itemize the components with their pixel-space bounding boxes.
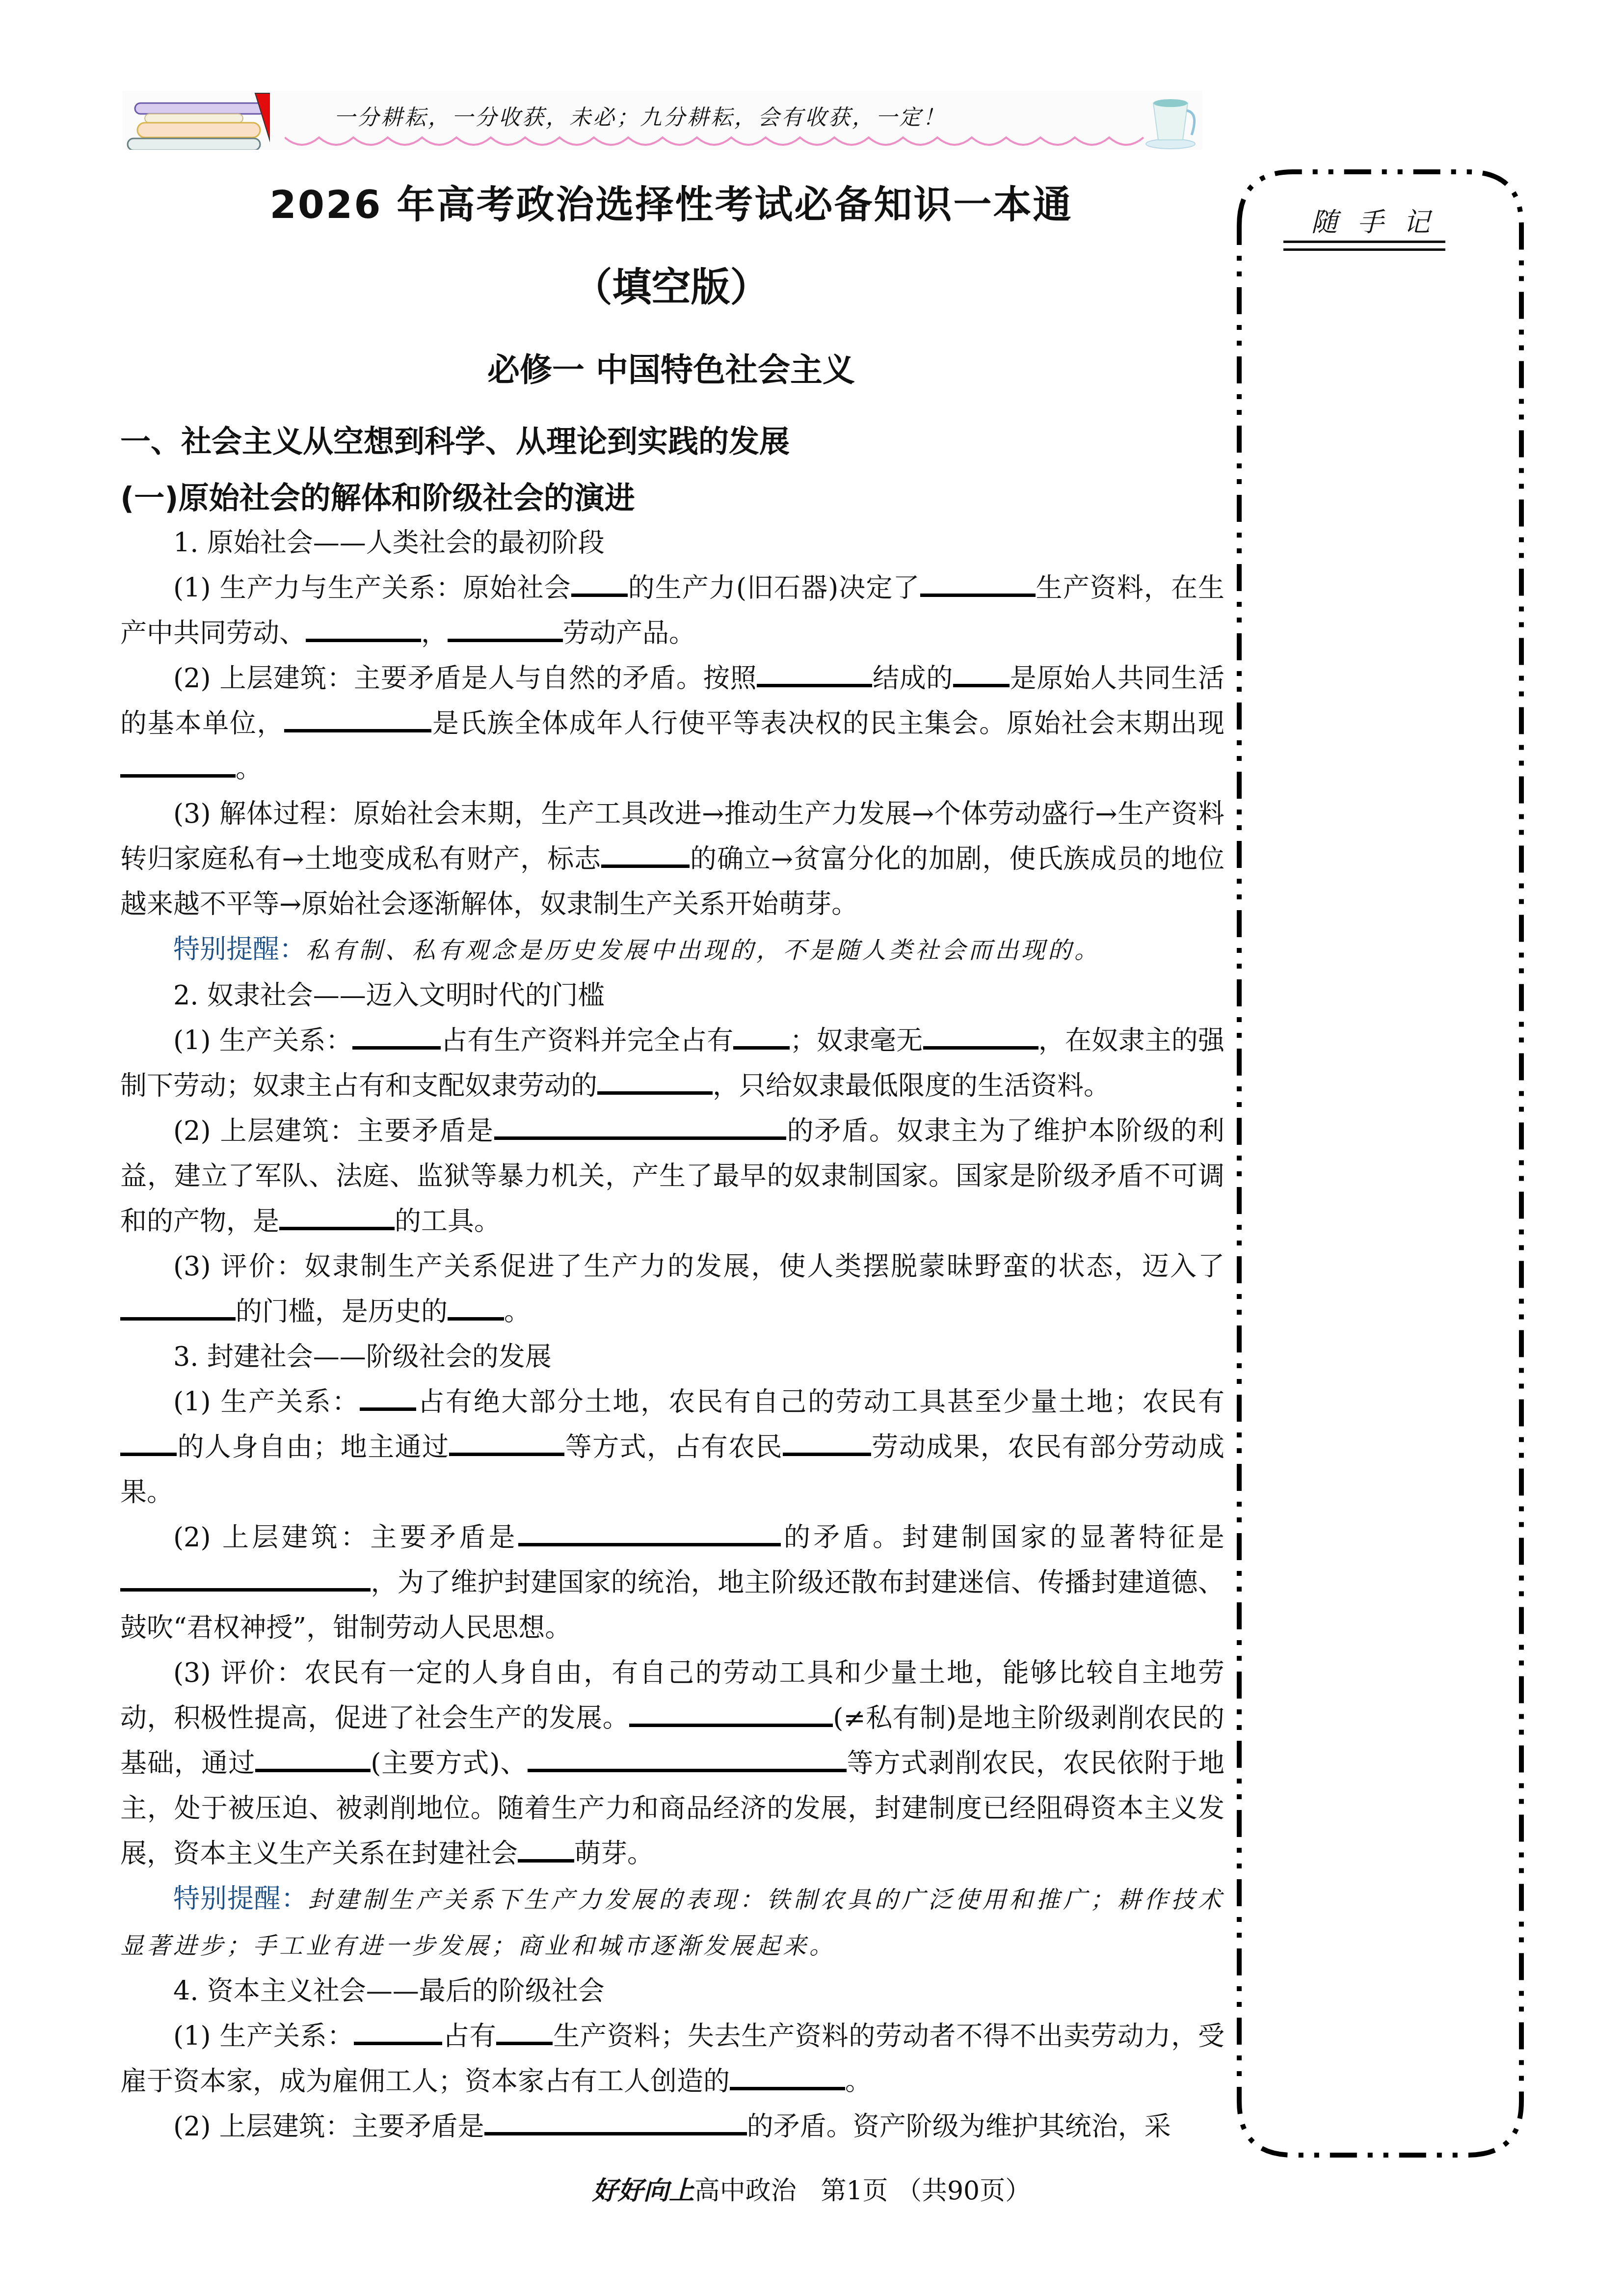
module-title: 必修一 中国特色社会主义 <box>120 344 1222 390</box>
special-reminder: 特别提醒：私有制、私有观念是历史发展中出现的，不是随人类社会而出现的。 <box>120 927 1224 973</box>
title-underline <box>1283 241 1445 243</box>
fill-blank[interactable] <box>518 1833 574 1863</box>
item-heading: 2. 奴隶社会——迈入文明时代的门槛 <box>120 973 1224 1018</box>
paragraph: (3) 评价：农民有一定的人身自由，有自己的劳动工具和少量土地，能够比较自主地劳… <box>120 1650 1224 1876</box>
fill-blank[interactable] <box>757 657 872 687</box>
decorative-wave <box>285 130 1148 150</box>
footer-subject: 高中政治 <box>694 2176 797 2206</box>
fill-blank[interactable] <box>279 1200 395 1230</box>
fill-blank[interactable] <box>120 748 236 778</box>
fill-blank[interactable] <box>448 612 563 642</box>
fill-blank[interactable] <box>354 2015 442 2045</box>
special-reminder: 特别提醒：封建制生产关系下生产力发展的表现：铁制农具的广泛使用和推广；耕作技术显… <box>120 1876 1224 1969</box>
fill-blank[interactable] <box>496 2015 553 2045</box>
fill-blank[interactable] <box>518 1516 781 1546</box>
fill-blank[interactable] <box>920 567 1036 597</box>
document-title: 2026 年高考政治选择性考试必备知识一本通 <box>120 174 1222 229</box>
document-body: 1. 原始社会——人类社会的最初阶段 (1) 生产力与生产关系：原始社会的生产力… <box>120 520 1224 2149</box>
page-number: 第1页 <box>821 2176 888 2206</box>
fill-blank[interactable] <box>284 702 431 732</box>
paragraph: (2) 上层建筑：主要矛盾是的矛盾。封建制国家的显著特征是，为了维护封建国家的统… <box>120 1515 1224 1650</box>
item-heading: 1. 原始社会——人类社会的最初阶段 <box>120 520 1224 566</box>
paragraph: (1) 生产关系：占有绝大部分土地，农民有自己的劳动工具甚至少量土地；农民有的人… <box>120 1379 1224 1515</box>
fill-blank[interactable] <box>120 1562 371 1592</box>
paragraph: (2) 上层建筑：主要矛盾是的矛盾。资产阶级为维护其统治，采 <box>120 2104 1224 2149</box>
fill-blank[interactable] <box>448 1291 504 1321</box>
subsection-heading: (一)原始社会的解体和阶级社会的演进 <box>120 474 635 517</box>
fill-blank[interactable] <box>953 657 1010 687</box>
paragraph: (3) 评价：奴隶制生产关系促进了生产力的发展，使人类摆脱蒙昧野蛮的状态，迈入了… <box>120 1244 1224 1334</box>
paragraph: (2) 上层建筑：主要矛盾是人与自然的矛盾。按照结成的是原始人共同生活的基本单位… <box>120 656 1224 791</box>
tea-cup-icon <box>1144 91 1202 150</box>
fill-blank[interactable] <box>484 2106 747 2135</box>
item-heading: 3. 封建社会——阶级社会的发展 <box>120 1334 1224 1379</box>
fill-blank[interactable] <box>449 1426 564 1456</box>
fill-blank[interactable] <box>733 1020 790 1050</box>
page-total: （共90页） <box>896 2176 1031 2206</box>
book-stack-icon <box>123 91 270 150</box>
notes-sidebar: 随手记 <box>1234 167 1526 2160</box>
fill-blank[interactable] <box>360 1381 416 1411</box>
fill-blank[interactable] <box>120 1291 236 1321</box>
paragraph: (1) 生产关系：占有生产资料；失去生产资料的劳动者不得不出卖劳动力，受雇于资本… <box>120 2014 1224 2104</box>
motto-text: 一分耕耘，一分收获，未必；九分耕耘，会有收获，一定！ <box>334 100 946 131</box>
fill-blank[interactable] <box>629 1697 833 1727</box>
sidebar-title: 随手记 <box>1234 201 1526 239</box>
fill-blank[interactable] <box>597 1065 713 1095</box>
fill-blank[interactable] <box>730 2060 845 2090</box>
fill-blank[interactable] <box>923 1020 1038 1050</box>
dash-dot-border <box>1234 167 1526 2160</box>
fill-blank[interactable] <box>306 612 421 642</box>
fill-blank[interactable] <box>255 1742 371 1772</box>
footer-brand: 好好向上 <box>592 2176 694 2206</box>
header-banner: 一分耕耘，一分收获，未必；九分耕耘，会有收获，一定！ <box>123 91 1202 150</box>
fill-blank[interactable] <box>494 1110 786 1140</box>
section-heading: 一、社会主义从空想到科学、从理论到实践的发展 <box>120 417 790 461</box>
fill-blank[interactable] <box>571 567 628 597</box>
fill-blank[interactable] <box>120 1426 177 1456</box>
fill-blank[interactable] <box>783 1426 871 1456</box>
fill-blank[interactable] <box>352 1020 441 1050</box>
paragraph: (3) 解体过程：原始社会末期，生产工具改进→推动生产力发展→个体劳动盛行→生产… <box>120 791 1224 927</box>
title-underline <box>1283 248 1445 251</box>
paragraph: (2) 上层建筑：主要矛盾是的矛盾。奴隶主为了维护本阶级的利益，建立了军队、法庭… <box>120 1108 1224 1244</box>
document-subtitle: （填空版） <box>120 255 1222 312</box>
paragraph: (1) 生产关系：占有生产资料并完全占有；奴隶毫无，在奴隶主的强制下劳动；奴隶主… <box>120 1018 1224 1108</box>
paragraph: (1) 生产力与生产关系：原始社会的生产力(旧石器)决定了生产资料，在生产中共同… <box>120 566 1224 656</box>
page-footer: 好好向上高中政治 第1页 （共90页） <box>0 2170 1623 2207</box>
item-heading: 4. 资本主义社会——最后的阶级社会 <box>120 1969 1224 2014</box>
fill-blank[interactable] <box>528 1742 847 1772</box>
fill-blank[interactable] <box>601 838 690 868</box>
